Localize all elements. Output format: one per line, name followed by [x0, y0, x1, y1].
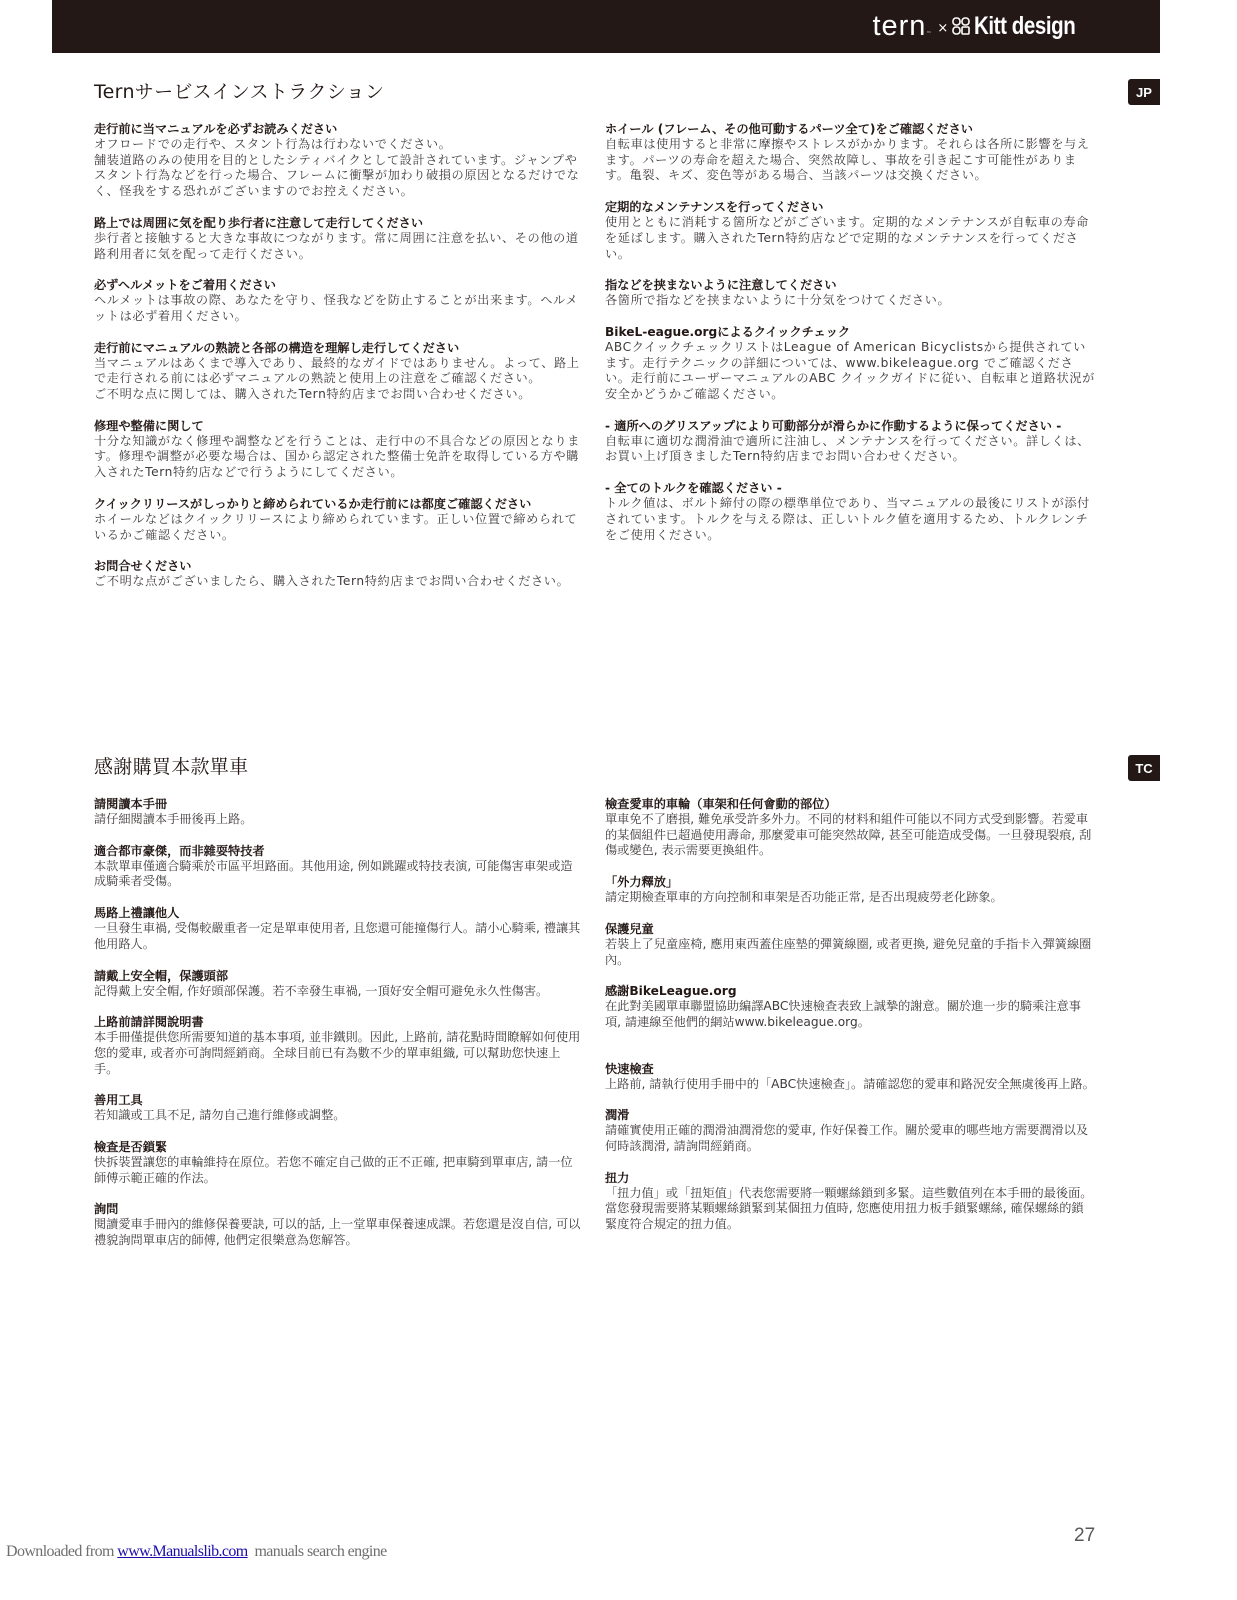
- tc-item-body: 快拆裝置讓您的車輪維持在原位。若您不確定自己做的正不正確, 把車騎到單車店, 請…: [94, 1155, 584, 1186]
- jp-item: 定期的なメンテナンスを行ってください使用とともに消耗する箇所などがございます。定…: [605, 199, 1095, 262]
- tc-item-body: 請仔細閱讀本手冊後再上路。: [94, 812, 584, 828]
- tc-item-body: 本款單車僅適合騎乘於市區平坦路面。其他用途, 例如跳躍或特技表演, 可能傷害車架…: [94, 859, 584, 890]
- tc-right-column: 檢查愛車的車輪（車架和任何會動的部位）單車免不了磨損, 難免承受許多外力。不同的…: [605, 796, 1095, 1248]
- jp-item: 走行前にマニュアルの熟読と各部の構造を理解し走行してください当マニュアルはあくま…: [94, 340, 584, 403]
- footer-suffix: manuals search engine: [248, 1543, 387, 1560]
- jp-item-body: 各箇所で指などを挟まないように十分気をつけてください。: [605, 293, 1095, 309]
- tc-item-body: 若知識或工具不足, 請勿自己進行維修或調整。: [94, 1108, 584, 1124]
- jp-item-body: ホイールなどはクイックリリースにより締められています。正しい位置で締められている…: [94, 512, 584, 543]
- jp-left-column: 走行前に当マニュアルを必ずお読みくださいオフロードでの走行や、スタント行為は行わ…: [94, 121, 584, 605]
- tc-item: 請戴上安全帽，保護頭部記得戴上安全帽, 作好頭部保護。若不幸發生車禍, 一頂好安…: [94, 968, 584, 1000]
- tc-section-title: 感謝購買本款單車: [94, 752, 248, 779]
- tc-item: 請閱讀本手冊請仔細閱讀本手冊後再上路。: [94, 796, 584, 828]
- tc-item-heading: 詢問: [94, 1201, 584, 1217]
- jp-item-body: ご不明な点がございましたら、購入されたTern特約店までお問い合わせください。: [94, 574, 584, 590]
- tc-item-heading: 「外力釋放」: [605, 874, 1095, 890]
- tc-item-body: 請定期檢查單車的方向控制和車架是否功能正常, 是否出現疲勞老化跡象。: [605, 890, 1095, 906]
- jp-item-body: 自転車に適切な潤滑油で適所に注油し、メンテナンスを行ってください。詳しくは、お買…: [605, 434, 1095, 465]
- jp-item-heading: 修理や整備に関して: [94, 418, 584, 434]
- tc-item-body: 閱讀愛車手冊內的維修保養要訣, 可以的話, 上一堂單車保養速成課。若您還是沒自信…: [94, 1217, 584, 1248]
- tc-item-body: 請確實使用正確的潤滑油潤滑您的愛車, 作好保養工作。關於愛車的哪些地方需要潤滑以…: [605, 1123, 1095, 1154]
- trademark-mark: ™: [926, 31, 931, 37]
- jp-item-body: 自転車は使用すると非常に摩擦やストレスがかかります。それらは各所に影響を与えます…: [605, 137, 1095, 184]
- download-footer: Downloaded from www.Manualslib.com manua…: [6, 1543, 387, 1561]
- jp-item: 必ずヘルメットをご着用くださいヘルメットは事故の際、あなたを守り、怪我などを防止…: [94, 277, 584, 324]
- tc-item-heading: 潤滑: [605, 1107, 1095, 1123]
- jp-item-heading: 路上では周囲に気を配り歩行者に注意して走行してください: [94, 215, 584, 231]
- collab-x: ×: [937, 21, 948, 36]
- jp-section-title: Ternサービスインストラクション: [94, 77, 384, 104]
- jp-item-body: 当マニュアルはあくまで導入であり、最終的なガイドではありません。よって、路上で走…: [94, 356, 584, 403]
- tc-left-column: 請閱讀本手冊請仔細閱讀本手冊後再上路。 適合都市豪傑，而非雜耍特技者本款單車僅適…: [94, 796, 584, 1264]
- tc-item-heading: 檢查愛車的車輪（車架和任何會動的部位）: [605, 796, 1095, 812]
- tc-item-heading: 適合都市豪傑，而非雜耍特技者: [94, 843, 584, 859]
- tern-logo: tern: [872, 10, 926, 43]
- tc-item: 詢問閱讀愛車手冊內的維修保養要訣, 可以的話, 上一堂單車保養速成課。若您還是沒…: [94, 1201, 584, 1248]
- jp-item: 修理や整備に関して十分な知識がなく修理や調整などを行うことは、走行中の不具合など…: [94, 418, 584, 481]
- tc-item-body: 「扭力值」或「扭矩值」代表您需要將一顆螺絲鎖到多緊。這些數值列在本手冊的最後面。…: [605, 1186, 1095, 1233]
- tc-item-heading: 保護兒童: [605, 921, 1095, 937]
- jp-item: クイックリリースがしっかりと締められているか走行前には都度ご確認くださいホイール…: [94, 496, 584, 543]
- jp-item-heading: 走行前にマニュアルの熟読と各部の構造を理解し走行してください: [94, 340, 584, 356]
- jp-item: ホイール (フレーム、その他可動するパーツ全て)をご確認ください自転車は使用する…: [605, 121, 1095, 184]
- tc-item-heading: 請閱讀本手冊: [94, 796, 584, 812]
- jp-item-body: 十分な知識がなく修理や調整などを行うことは、走行中の不具合などの原因となります。…: [94, 434, 584, 481]
- jp-item: - 適所へのグリスアップにより可動部分が滑らかに作動するように保ってください -…: [605, 418, 1095, 465]
- tc-item: 潤滑請確實使用正確的潤滑油潤滑您的愛車, 作好保養工作。關於愛車的哪些地方需要潤…: [605, 1107, 1095, 1154]
- jp-item: 路上では周囲に気を配り歩行者に注意して走行してください歩行者と接触すると大きな事…: [94, 215, 584, 262]
- kitt-design-logo: Kitt design: [974, 12, 1075, 41]
- tc-item-body: 在此對美國單車聯盟協助編譯ABC快速檢查表致上誠摯的謝意。關於進一步的騎乘注意事…: [605, 999, 1095, 1030]
- lang-tab-tc: TC: [1128, 755, 1160, 781]
- tc-item-body: 本手冊僅提供您所需要知道的基本事項, 並非鐵則。因此, 上路前, 請花點時間瞭解…: [94, 1030, 584, 1077]
- jp-item-body: ヘルメットは事故の際、あなたを守り、怪我などを防止することが出来ます。ヘルメット…: [94, 293, 584, 324]
- tc-item: 感謝BikeLeague.org在此對美國單車聯盟協助編譯ABC快速檢查表致上誠…: [605, 983, 1095, 1030]
- brand-logo: tern ™ × Kitt design: [872, 10, 1098, 42]
- jp-item-heading: クイックリリースがしっかりと締められているか走行前には都度ご確認ください: [94, 496, 584, 512]
- tc-item: 「外力釋放」請定期檢查單車的方向控制和車架是否功能正常, 是否出現疲勞老化跡象。: [605, 874, 1095, 906]
- jp-item-heading: 走行前に当マニュアルを必ずお読みください: [94, 121, 584, 137]
- page-number: 27: [1074, 1525, 1095, 1547]
- jp-item-body: トルク値は、ボルト締付の際の標準単位であり、当マニュアルの最後にリストが添付され…: [605, 496, 1095, 543]
- tc-item-body: 上路前, 請執行使用手冊中的「ABC快速檢查」。請確認您的愛車和路況安全無虞後再…: [605, 1077, 1095, 1093]
- tc-item: 善用工具若知識或工具不足, 請勿自己進行維修或調整。: [94, 1092, 584, 1124]
- header-bar: tern ™ × Kitt design: [52, 0, 1160, 53]
- tc-item-heading: 感謝BikeLeague.org: [605, 983, 1095, 999]
- tc-item: 檢查是否鎖緊快拆裝置讓您的車輪維持在原位。若您不確定自己做的正不正確, 把車騎到…: [94, 1139, 584, 1186]
- tc-item: 上路前請詳閱說明書本手冊僅提供您所需要知道的基本事項, 並非鐵則。因此, 上路前…: [94, 1014, 584, 1077]
- jp-item-heading: 指などを挟まないように注意してください: [605, 277, 1095, 293]
- tc-item: 保護兒童若裝上了兒童座椅, 應用東西蓋住座墊的彈簧線圈, 或者更換, 避免兒童的…: [605, 921, 1095, 968]
- footer-prefix: Downloaded from: [6, 1543, 117, 1560]
- tc-item-body: 若裝上了兒童座椅, 應用東西蓋住座墊的彈簧線圈, 或者更換, 避免兒童的手指卡入…: [605, 937, 1095, 968]
- tc-item: 檢查愛車的車輪（車架和任何會動的部位）單車免不了磨損, 難免承受許多外力。不同的…: [605, 796, 1095, 859]
- lang-tab-jp: JP: [1128, 79, 1160, 105]
- jp-item-heading: お問合せください: [94, 558, 584, 574]
- tc-item-heading: 檢查是否鎖緊: [94, 1139, 584, 1155]
- tc-item-heading: 上路前請詳閱說明書: [94, 1014, 584, 1030]
- jp-item-body: 使用とともに消耗する箇所などがございます。定期的なメンテナンスが自転車の寿命を延…: [605, 215, 1095, 262]
- jp-item-heading: BikeL-eague.orgによるクイックチェック: [605, 324, 1095, 340]
- tc-item-heading: 請戴上安全帽，保護頭部: [94, 968, 584, 984]
- tc-item: 適合都市豪傑，而非雜耍特技者本款單車僅適合騎乘於市區平坦路面。其他用途, 例如跳…: [94, 843, 584, 890]
- jp-item-heading: 必ずヘルメットをご着用ください: [94, 277, 584, 293]
- jp-item-heading: 定期的なメンテナンスを行ってください: [605, 199, 1095, 215]
- kitt-flower-icon: [952, 17, 970, 35]
- tc-item-heading: 馬路上禮讓他人: [94, 905, 584, 921]
- tc-item-heading: 善用工具: [94, 1092, 584, 1108]
- tc-item: 馬路上禮讓他人一旦發生車禍, 受傷較嚴重者一定是單車使用者, 且您還可能撞傷行人…: [94, 905, 584, 952]
- tc-item-body: 記得戴上安全帽, 作好頭部保護。若不幸發生車禍, 一頂好安全帽可避免永久性傷害。: [94, 984, 584, 1000]
- tc-item-heading: 快速檢查: [605, 1061, 1095, 1077]
- jp-item: - 全てのトルクを確認ください -トルク値は、ボルト締付の際の標準単位であり、当…: [605, 480, 1095, 543]
- jp-item-heading: - 全てのトルクを確認ください -: [605, 480, 1095, 496]
- jp-item-body: 歩行者と接触すると大きな事故につながります。常に周囲に注意を払い、その他の道路利…: [94, 231, 584, 262]
- jp-item: 指などを挟まないように注意してください各箇所で指などを挟まないように十分気をつけ…: [605, 277, 1095, 309]
- jp-item-body: ABCクイックチェックリストはLeague of American Bicycl…: [605, 340, 1095, 403]
- jp-right-column: ホイール (フレーム、その他可動するパーツ全て)をご確認ください自転車は使用する…: [605, 121, 1095, 558]
- tc-item: 扭力「扭力值」或「扭矩值」代表您需要將一顆螺絲鎖到多緊。這些數值列在本手冊的最後…: [605, 1170, 1095, 1233]
- jp-item: BikeL-eague.orgによるクイックチェックABCクイックチェックリスト…: [605, 324, 1095, 403]
- jp-item-heading: - 適所へのグリスアップにより可動部分が滑らかに作動するように保ってください -: [605, 418, 1095, 434]
- tc-item: 快速檢查上路前, 請執行使用手冊中的「ABC快速檢查」。請確認您的愛車和路況安全…: [605, 1061, 1095, 1093]
- jp-item-heading: ホイール (フレーム、その他可動するパーツ全て)をご確認ください: [605, 121, 1095, 137]
- manualslib-link[interactable]: www.Manualslib.com: [117, 1543, 247, 1560]
- jp-item: お問合せくださいご不明な点がございましたら、購入されたTern特約店までお問い合…: [94, 558, 584, 590]
- tc-item-heading: 扭力: [605, 1170, 1095, 1186]
- jp-item-body: オフロードでの走行や、スタント行為は行わないでください。 舗装道路のみの使用を目…: [94, 137, 584, 200]
- tc-item-body: 單車免不了磨損, 難免承受許多外力。不同的材料和組件可能以不同方式受到影響。若愛…: [605, 812, 1095, 859]
- tc-item-body: 一旦發生車禍, 受傷較嚴重者一定是單車使用者, 且您還可能撞傷行人。請小心騎乘,…: [94, 921, 584, 952]
- jp-item: 走行前に当マニュアルを必ずお読みくださいオフロードでの走行や、スタント行為は行わ…: [94, 121, 584, 200]
